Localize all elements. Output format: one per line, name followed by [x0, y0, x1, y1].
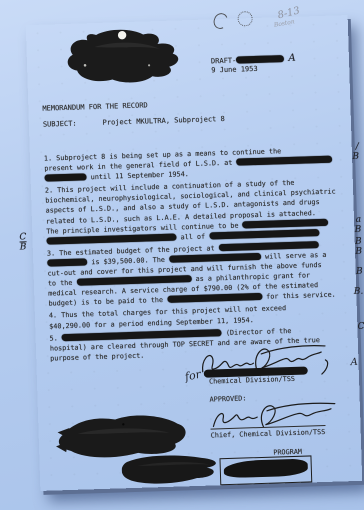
pencil-note-2: Boston [273, 18, 295, 28]
ring-stamp-icon [237, 11, 252, 26]
margin-annotation: B [355, 247, 362, 257]
margin-annotation: a [355, 214, 361, 224]
typed-text: 5. [49, 334, 62, 342]
redaction-bar [167, 293, 263, 303]
margin-annotation: C [357, 321, 364, 331]
left-margin-letter: B [20, 241, 27, 251]
org-line: Chemical Division/TSS [209, 375, 295, 386]
subject-value: Project MKULTRA, Subproject 8 [102, 115, 224, 127]
scanned-document-backdrop: 8-13 Boston DRAFT- A 9 June 1953 MEMORAN… [0, 0, 364, 510]
redaction-bar [242, 218, 329, 228]
redaction-bar [46, 233, 177, 244]
typed-text: purpose of the project. [50, 351, 144, 362]
redaction-bar [236, 55, 285, 64]
typed-text: budget) is to be paid to the [48, 296, 167, 308]
redaction-bar [47, 258, 88, 266]
subject-label: SUBJECT: [43, 120, 77, 129]
memo-title: MEMORANDUM FOR THE RECORD [42, 101, 148, 112]
margin-annotation: B [355, 237, 362, 247]
draft-label: DRAFT- [211, 57, 237, 66]
redaction-bar [44, 174, 87, 182]
body-text: 1. Subproject 8 is being set up as a mea… [44, 144, 349, 365]
subject-line: SUBJECT:Project MKULTRA, Subproject 8 [43, 115, 225, 129]
margin-letter-a: A [288, 53, 296, 64]
margin-annotation: B [352, 152, 359, 162]
paragraph-3: 3. The estimated budget of the project a… [47, 239, 347, 309]
date-line: 9 June 1953 [211, 65, 258, 74]
typed-text: until 11 September 1954. [86, 170, 189, 181]
left-margin-annotation: CB [19, 233, 26, 251]
redaction-bar [209, 229, 320, 239]
redaction-blob-bottom-center [121, 449, 228, 488]
redaction-bar [169, 253, 262, 263]
chief-line: Chief, Chemical Division/TSS [211, 425, 326, 440]
typed-text: for this service. [262, 291, 336, 301]
redaction-blob-top [64, 24, 188, 88]
handwritten-for: for [184, 368, 202, 384]
margin-annotation: / [356, 142, 359, 152]
crescent-stamp-icon [211, 11, 230, 31]
margin-letter-a-2: A [350, 357, 358, 368]
typed-text: to the [48, 279, 77, 288]
redaction-fill [224, 459, 308, 479]
paragraph-2: 2. This project will include a continuat… [45, 177, 345, 247]
typed-text: all of [176, 232, 209, 241]
boxed-redaction [219, 455, 312, 485]
margin-annotation: B [356, 267, 363, 277]
margin-annotation: B [355, 224, 362, 234]
margin-annotation: B. [354, 287, 364, 297]
document-page: 8-13 Boston DRAFT- A 9 June 1953 MEMORAN… [26, 15, 362, 491]
left-margin-letter: C [19, 232, 26, 242]
